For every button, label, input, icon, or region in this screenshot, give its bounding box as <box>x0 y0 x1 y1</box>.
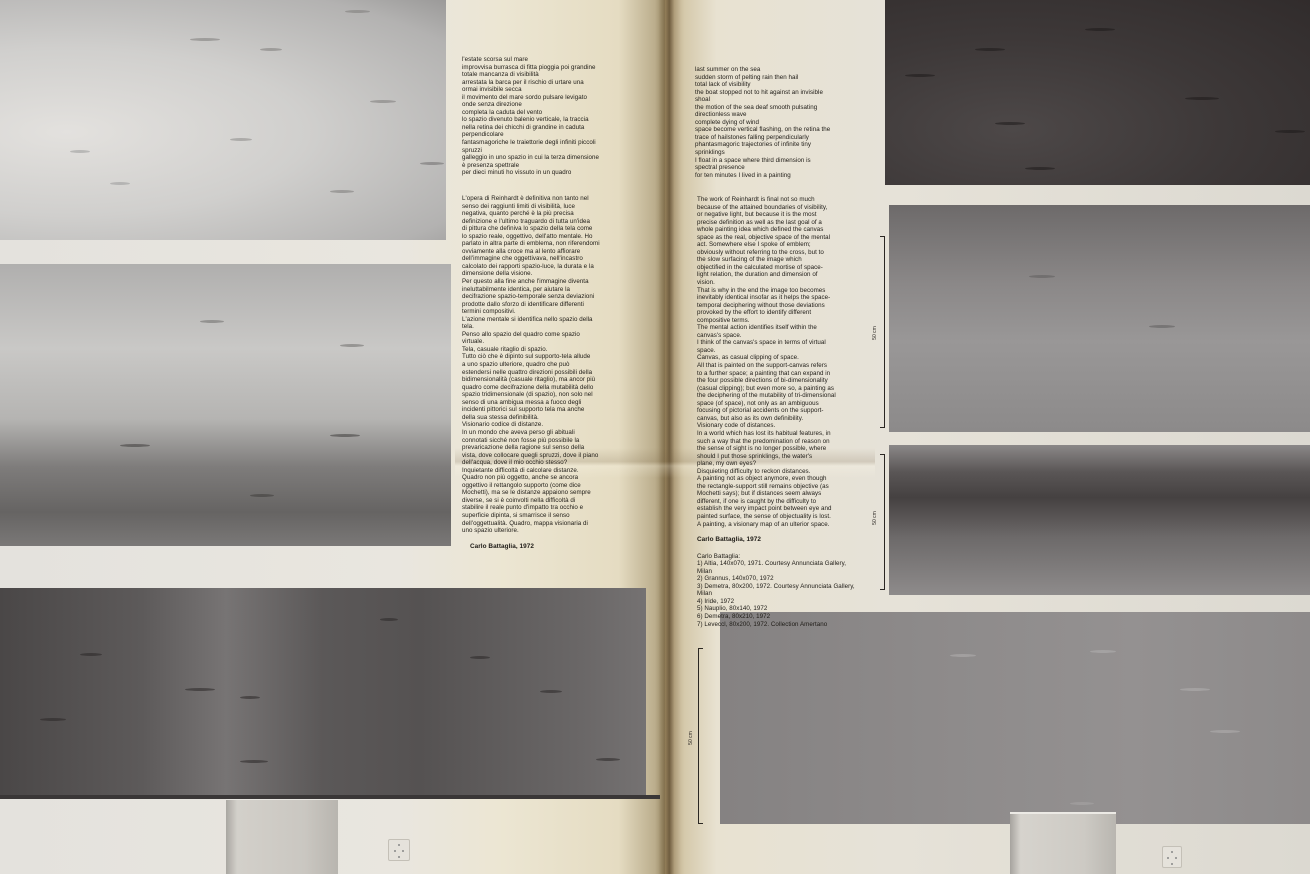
essay-line: Visionary code of distances. <box>697 422 882 430</box>
poem-line: spruzzi <box>462 147 652 155</box>
essay-line: L'azione mentale si identifica nello spa… <box>462 316 657 324</box>
essay-line: dell'immagine che oggettivava, nell'inca… <box>462 255 657 263</box>
poem-line: complete dying of wind <box>695 119 875 127</box>
poem-line: lo spazio divenuto balenio verticale, la… <box>462 116 652 124</box>
essay-line: incidenti pittorici sul supporto tela ma… <box>462 406 657 414</box>
essay-line: virtuale. <box>462 338 657 346</box>
essay-line: quadro come decifrazione della mutabilit… <box>462 384 657 392</box>
poem-line: I float in a space where third dimension… <box>695 157 875 165</box>
english-signature: Carlo Battaglia, 1972 <box>697 536 882 544</box>
caption-line: 6) Demetra, 80x210, 1972 <box>697 613 882 621</box>
essay-line: compositive terms. <box>697 317 882 325</box>
dimension-label-1: 50 cm <box>872 326 878 340</box>
essay-line: stabilire il reale punto d'impatto tra o… <box>462 504 657 512</box>
essay-line: lo spazio reale, oggettivo, dell'atto me… <box>462 233 657 241</box>
essay-line: obviously without referring to the cross… <box>697 249 882 257</box>
essay-line: calcolato dei rapporti spazio-luce, la d… <box>462 263 657 271</box>
poem-line: shoal <box>695 96 875 104</box>
essay-line: Mochetti), ma se le distanze appaiono se… <box>462 489 657 497</box>
essay-line: diverse, se si è coinvolti nella diffico… <box>462 497 657 505</box>
italian-poem: l'estate scorsa sul mareimprovvisa burra… <box>462 56 652 177</box>
essay-line: light relation, the duration and dimensi… <box>697 271 882 279</box>
poem-line: nella retina dei chicchi di grandine in … <box>462 124 652 132</box>
catalogue-spread-photo: l'estate scorsa sul mareimprovvisa burra… <box>0 0 1310 874</box>
english-poem: last summer on the seasudden storm of pe… <box>695 66 875 179</box>
poem-line: onde senza direzione <box>462 101 652 109</box>
essay-line: definizione e l'ultimo traguardo di tutt… <box>462 218 657 226</box>
essay-line: parlato in altra parte di emblema, non r… <box>462 240 657 248</box>
left-wall-block <box>226 798 338 874</box>
poem-line: è presenza spettrale <box>462 162 652 170</box>
essay-line: Mochetti says); but if distances seem al… <box>697 490 882 498</box>
essay-line: canvas's space. <box>697 332 882 340</box>
essay-line: I think of the canvas's space in terms o… <box>697 339 882 347</box>
poem-line: per dieci minuti ho vissuto in un quadro <box>462 169 652 177</box>
essay-line: senso di una ambigua messa a fuoco degli <box>462 399 657 407</box>
essay-line: negativa, quanto perché è la più precisa <box>462 210 657 218</box>
poem-line: perpendicolare <box>462 131 652 139</box>
essay-line: precise definition as well as the last g… <box>697 219 882 227</box>
essay-line: That is why in the end the image too bec… <box>697 287 882 295</box>
essay-line: uno spazio ulteriore. <box>462 527 657 535</box>
poem-line: for ten minutes I lived in a painting <box>695 172 875 180</box>
caption-line: Milan <box>697 568 882 576</box>
wall-floor-strip <box>0 795 660 799</box>
essay-line: whole painting idea which defined the ca… <box>697 226 882 234</box>
essay-line: spazio tridimensionale (di spazio), non … <box>462 391 657 399</box>
poem-line: il movimento del mare sordo pulsare levi… <box>462 94 652 102</box>
photo-mid-right-mid <box>889 205 1310 432</box>
photo-mid-right-dark-band <box>889 445 1310 595</box>
essay-line: oggettivo il rettangolo supporto (come d… <box>462 482 657 490</box>
essay-line: In a world which has lost its habitual f… <box>697 430 882 438</box>
right-wall-outlet <box>1162 846 1182 868</box>
essay-line: decifrazione spazio-temporale senza devi… <box>462 293 657 301</box>
essay-line: dimensione della visione. <box>462 270 657 278</box>
poem-line: l'estate scorsa sul mare <box>462 56 652 64</box>
essay-line: the sense of sight is no longer possible… <box>697 445 882 453</box>
essay-line: A painting not as object anymore, even t… <box>697 475 882 483</box>
essay-line: to a further space; a painting that can … <box>697 370 882 378</box>
essay-line: temporal deciphering without those devia… <box>697 302 882 310</box>
essay-line: the four possible directions of bi-dimen… <box>697 377 882 385</box>
essay-line: should I put those sprinklings, the wate… <box>697 453 882 461</box>
photo-bottom-right-grey <box>720 612 1310 824</box>
poem-line: fantasmagoriche le traiettorie degli inf… <box>462 139 652 147</box>
poem-line: the motion of the sea deaf smooth pulsat… <box>695 104 875 112</box>
caption-line: 1) Altia, 140x070, 1971. Courtesy Annunc… <box>697 560 882 568</box>
poem-line: ormai invisibile secca <box>462 86 652 94</box>
photo-mid-left-gradient <box>0 264 451 546</box>
essay-line: vision. <box>697 279 882 287</box>
poem-line: totale mancanza di visibilità <box>462 71 652 79</box>
essay-line: space as the real, objective space of th… <box>697 234 882 242</box>
essay-line: focusing of pictorial accidents on the s… <box>697 407 882 415</box>
essay-line: different, if one is caught by the diffi… <box>697 498 882 506</box>
essay-line: because of the attained boundaries of vi… <box>697 204 882 212</box>
essay-line: Canvas, as casual clipping of space. <box>697 354 882 362</box>
poem-line: completa la caduta del vento <box>462 109 652 117</box>
essay-line: bidimensionalità (casuale ritaglio), ma … <box>462 376 657 384</box>
italian-essay: L'opera di Reinhardt è definitiva non ta… <box>462 195 657 550</box>
essay-line: such a way that the predomination of rea… <box>697 438 882 446</box>
left-wall-outlet <box>388 839 410 861</box>
essay-line: canvas, but also as its own definibility… <box>697 415 882 423</box>
caption-line: 3) Demetra, 80x200, 1972. Courtesy Annun… <box>697 583 882 591</box>
photo-bottom-left-dark <box>0 588 646 796</box>
essay-line: Inquietante difficoltà di calcolare dist… <box>462 467 657 475</box>
essay-line: In un mondo che aveva perso gli abituali <box>462 429 657 437</box>
caption-line: Carlo Battaglia: <box>697 553 882 561</box>
essay-line: space (of space), not only as an ambiguo… <box>697 400 882 408</box>
essay-line: act. Somewhere else I spoke of emblem; <box>697 241 882 249</box>
caption-line: Milan <box>697 590 882 598</box>
photo-top-left-light <box>0 0 446 240</box>
essay-line: Disquieting difficulty to reckon distanc… <box>697 468 882 476</box>
essay-line: di pittura che definiva lo spazio della … <box>462 225 657 233</box>
dimension-bracket-bottom-right <box>698 648 703 824</box>
essay-line: the slow surfacing of the image which <box>697 256 882 264</box>
essay-line: Tela, casuale ritaglio di spazio. <box>462 346 657 354</box>
poem-line: sprinklings <box>695 149 875 157</box>
english-essay: The work of Reinhardt is final not so mu… <box>697 196 882 628</box>
poem-line: improvvisa burrasca di fitta pioggia poi… <box>462 64 652 72</box>
essay-line: the deciphering of the mutability of tri… <box>697 392 882 400</box>
essay-line: Per questo alla fine anche l'immagine di… <box>462 278 657 286</box>
essay-line: Penso allo spazio del quadro come spazio <box>462 331 657 339</box>
essay-line: Tutto ciò che è dipinto sul supporto-tel… <box>462 353 657 361</box>
caption-line: 7) Leveccl, 80x200, 1972. Collection Ame… <box>697 621 882 629</box>
poem-line: the boat stopped not to hit against an i… <box>695 89 875 97</box>
gutter-fold <box>655 0 681 874</box>
photo-top-right-dark <box>885 0 1310 185</box>
right-wall-block <box>1010 812 1116 874</box>
essay-line: establish the very impact point between … <box>697 505 882 513</box>
caption-line: 5) Nauplio, 80x140, 1972 <box>697 605 882 613</box>
essay-line: All that is painted on the support-canva… <box>697 362 882 370</box>
essay-line: connotati sicché non fosse più possibile… <box>462 437 657 445</box>
essay-line: provoked by the effort to identify diffe… <box>697 309 882 317</box>
poem-line: trace of hailstones falling perpendicula… <box>695 134 875 142</box>
poem-line: spectral presence <box>695 164 875 172</box>
poem-line: arrestata la barca per il rischio di urt… <box>462 79 652 87</box>
poem-line: galleggio in uno spazio in cui la terza … <box>462 154 652 162</box>
poem-line: directionless wave <box>695 111 875 119</box>
essay-line: painted surface, the sense of objectuali… <box>697 513 882 521</box>
essay-line: a uno spazio ulteriore, quadro che può <box>462 361 657 369</box>
caption-line: 4) Iride, 1972 <box>697 598 882 606</box>
poem-line: last summer on the sea <box>695 66 875 74</box>
essay-line: the rectangle-support still remains obje… <box>697 483 882 491</box>
artwork-captions: Carlo Battaglia:1) Altia, 140x070, 1971.… <box>697 553 882 628</box>
essay-line: A painting, a visionary map of an ulteri… <box>697 521 882 529</box>
italian-signature: Carlo Battaglia, 1972 <box>470 543 657 551</box>
essay-line: plane, my own eyes? <box>697 460 882 468</box>
essay-line: dell'acqua, dove il mio occhio stesso? <box>462 459 657 467</box>
essay-line: estendersi nelle quattro direzioni possi… <box>462 369 657 377</box>
essay-line: Visionario codice di distanze. <box>462 421 657 429</box>
essay-line: ovviamente alla croce ma al lento affior… <box>462 248 657 256</box>
dimension-bracket-mid-right <box>880 236 885 428</box>
dimension-label-2: 50 cm <box>872 511 878 525</box>
essay-line: Quadro non più oggetto, anche se ancora <box>462 474 657 482</box>
dimension-label-3: 50 cm <box>688 731 694 745</box>
essay-line: ineluttabilmente identica, per aiutare l… <box>462 286 657 294</box>
poem-line: space become vertical flashing, on the r… <box>695 126 875 134</box>
essay-line: superficie dipinta, si smarrisce il sens… <box>462 512 657 520</box>
essay-line: dell'oggettualità. Quadro, mappa visiona… <box>462 520 657 528</box>
poem-line: total lack of visibility <box>695 81 875 89</box>
dimension-bracket-dark-band <box>880 454 885 590</box>
essay-line: termini compositivi. <box>462 308 657 316</box>
essay-line: or negative light, but because it is the… <box>697 211 882 219</box>
essay-line: vista, dove collocare quegli spruzzi, do… <box>462 452 657 460</box>
essay-line: inevitably identical insofar as it helps… <box>697 294 882 302</box>
essay-line: (casual clipping); but even more so, a p… <box>697 385 882 393</box>
poem-line: phantasmagoric trajectories of infinite … <box>695 141 875 149</box>
essay-line: prodotte dallo sforzo di identificare di… <box>462 301 657 309</box>
essay-line: L'opera di Reinhardt è definitiva non ta… <box>462 195 657 203</box>
essay-line: The mental action identifies itself with… <box>697 324 882 332</box>
essay-line: tela. <box>462 323 657 331</box>
essay-line: senso dei raggiunti limiti di visibilità… <box>462 203 657 211</box>
essay-line: objectified in the calculated mortise of… <box>697 264 882 272</box>
essay-line: The work of Reinhardt is final not so mu… <box>697 196 882 204</box>
caption-line: 2) Grannus, 140x070, 1972 <box>697 575 882 583</box>
poem-line: sudden storm of pelting rain then hail <box>695 74 875 82</box>
essay-line: prevaricazione della ragione sul senso d… <box>462 444 657 452</box>
essay-line: space. <box>697 347 882 355</box>
essay-line: della sua stessa definibilità. <box>462 414 657 422</box>
